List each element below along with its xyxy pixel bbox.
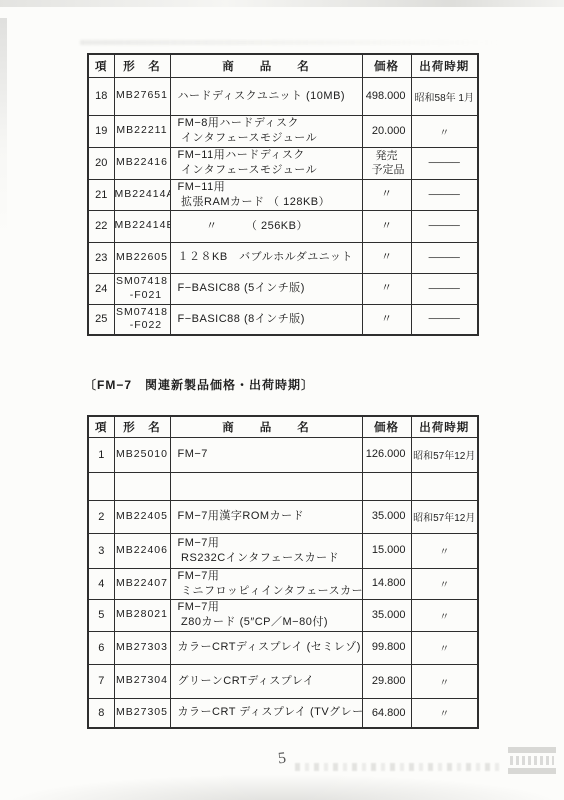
model-number: MB27651	[114, 77, 170, 115]
ship-date: 昭和57年12月	[411, 437, 478, 472]
item-number: 4	[88, 568, 114, 599]
price: 29.800	[362, 664, 411, 698]
product-name: FM−11用ハードディスク インタフェースモジュール	[170, 147, 362, 179]
product-name: FM−7用 Z80カード (5″CP／M−80付)	[170, 599, 362, 631]
item-number: 5	[88, 599, 114, 631]
header-price: 価格	[362, 54, 411, 77]
price: 発売 予定品	[362, 147, 411, 179]
product-name: FM−8用ハードディスク インタフェースモジュール	[170, 115, 362, 147]
document-page: 項 形 名 商 品 名 価格 出荷時期 18 MB27651 ハードディスクユニ…	[0, 0, 564, 800]
price: 15.000	[362, 533, 411, 568]
product-name: F−BASIC88 (5インチ版)	[170, 273, 362, 304]
item-number: 21	[88, 179, 114, 210]
price-table-fm7: 項 形 名 商 品 名 価格 出荷時期 1 MB25010 FM−7 126.0…	[87, 415, 479, 729]
price-table-fm8-fm11: 項 形 名 商 品 名 価格 出荷時期 18 MB27651 ハードディスクユニ…	[87, 53, 479, 336]
ship-date: 〃	[411, 115, 478, 147]
table-row: 21 MB22414A FM−11用 拡張RAMカード （ 128KB） 〃 ─…	[88, 179, 478, 210]
price: 〃	[362, 273, 411, 304]
product-name: FM−7用 RS232Cインタフェースカード	[170, 533, 362, 568]
item-number: 2	[88, 500, 114, 533]
table-row: 2 MB22405 FM−7用漢字ROMカード 35.000 昭和57年12月	[88, 500, 478, 533]
price: 498.000	[362, 77, 411, 115]
ship-date: 〃	[411, 568, 478, 599]
product-name: １２８KB バブルホルダユニット	[170, 242, 362, 273]
model-number: SM07418 -F021	[114, 273, 170, 304]
scan-streak-top	[0, 0, 564, 7]
stamp-mark	[508, 747, 556, 774]
product-name: FM−7	[170, 437, 362, 472]
item-number: 24	[88, 273, 114, 304]
model-number: MB28021	[114, 599, 170, 631]
table-row	[88, 472, 478, 500]
item-number: 1	[88, 437, 114, 472]
item-number: 18	[88, 77, 114, 115]
header-product: 商 品 名	[170, 54, 362, 77]
model-number: MB22407	[114, 568, 170, 599]
item-number: 19	[88, 115, 114, 147]
header-model: 形 名	[114, 416, 170, 437]
scan-streak-mid	[80, 40, 500, 45]
item-number: 23	[88, 242, 114, 273]
model-number: MB27305	[114, 698, 170, 728]
product-name: カラーCRTディスプレイ (セミレゾ)	[170, 631, 362, 664]
product-name: F−BASIC88 (8インチ版)	[170, 304, 362, 335]
model-number: MB22405	[114, 500, 170, 533]
model-number: MB22406	[114, 533, 170, 568]
item-number: 3	[88, 533, 114, 568]
ship-date: 昭和57年12月	[411, 500, 478, 533]
header-product: 商 品 名	[170, 416, 362, 437]
table-row: 19 MB22211 FM−8用ハードディスク インタフェースモジュール 20.…	[88, 115, 478, 147]
item-number: 20	[88, 147, 114, 179]
header-model: 形 名	[114, 54, 170, 77]
item-number: 7	[88, 664, 114, 698]
table-header-row: 項 形 名 商 品 名 価格 出荷時期	[88, 54, 478, 77]
table-row: 23 MB22605 １２８KB バブルホルダユニット 〃 ────	[88, 242, 478, 273]
ship-date: 〃	[411, 664, 478, 698]
ship-date: 昭和58年 1月	[411, 77, 478, 115]
page-number: 5	[277, 750, 287, 769]
ship-date: 〃	[411, 599, 478, 631]
header-item: 項	[88, 54, 114, 77]
model-number: MB22414A	[114, 179, 170, 210]
ship-date: 〃	[411, 631, 478, 664]
ghost-text-bleedthrough	[295, 763, 500, 771]
price: 〃	[362, 242, 411, 273]
table-row: 4 MB22407 FM−7用 ミニフロッピィインタフェースカード 14.800…	[88, 568, 478, 599]
product-name: 〃 （ 256KB）	[170, 210, 362, 242]
table-row: 6 MB27303 カラーCRTディスプレイ (セミレゾ) 99.800 〃	[88, 631, 478, 664]
header-ship-date: 出荷時期	[411, 54, 478, 77]
item-number: 25	[88, 304, 114, 335]
section-title: 〔FM−7 関連新製品価格・出荷時期〕	[84, 376, 314, 393]
ship-date: ────	[411, 147, 478, 179]
price: 35.000	[362, 500, 411, 533]
table-row: 24 SM07418 -F021 F−BASIC88 (5インチ版) 〃 ───…	[88, 273, 478, 304]
ship-date	[411, 472, 478, 500]
product-name: FM−11用 拡張RAMカード （ 128KB）	[170, 179, 362, 210]
table-row: 25 SM07418 -F022 F−BASIC88 (8インチ版) 〃 ───…	[88, 304, 478, 335]
table-row: 1 MB25010 FM−7 126.000 昭和57年12月	[88, 437, 478, 472]
price: 64.800	[362, 698, 411, 728]
ship-date: ────	[411, 273, 478, 304]
price	[362, 472, 411, 500]
header-item: 項	[88, 416, 114, 437]
price: 35.000	[362, 599, 411, 631]
product-name: FM−7用 ミニフロッピィインタフェースカード	[170, 568, 362, 599]
item-number	[88, 472, 114, 500]
item-number: 22	[88, 210, 114, 242]
price: 〃	[362, 210, 411, 242]
item-number: 6	[88, 631, 114, 664]
ship-date: ────	[411, 304, 478, 335]
table-row: 20 MB22416 FM−11用ハードディスク インタフェースモジュール 発売…	[88, 147, 478, 179]
scan-smudge-left	[0, 18, 7, 238]
model-number: MB22414B	[114, 210, 170, 242]
ship-date: ────	[411, 210, 478, 242]
model-number: MB22605	[114, 242, 170, 273]
model-number	[114, 472, 170, 500]
product-name: ハードディスクユニット (10MB)	[170, 77, 362, 115]
price: 14.800	[362, 568, 411, 599]
ship-date: 〃	[411, 698, 478, 728]
table-row: 7 MB27304 グリーンCRTディスプレイ 29.800 〃	[88, 664, 478, 698]
model-number: MB27304	[114, 664, 170, 698]
product-name: グリーンCRTディスプレイ	[170, 664, 362, 698]
price: 20.000	[362, 115, 411, 147]
model-number: MB27303	[114, 631, 170, 664]
price: 〃	[362, 304, 411, 335]
price: 〃	[362, 179, 411, 210]
ship-date: 〃	[411, 533, 478, 568]
product-name: カラーCRT ディスプレイ (TVグレード)	[170, 698, 362, 728]
product-name	[170, 472, 362, 500]
price: 126.000	[362, 437, 411, 472]
price: 99.800	[362, 631, 411, 664]
model-number: MB25010	[114, 437, 170, 472]
table-row: 22 MB22414B 〃 （ 256KB） 〃 ────	[88, 210, 478, 242]
header-ship-date: 出荷時期	[411, 416, 478, 437]
ship-date: ────	[411, 179, 478, 210]
model-number: MB22416	[114, 147, 170, 179]
ship-date: ────	[411, 242, 478, 273]
header-price: 価格	[362, 416, 411, 437]
item-number: 8	[88, 698, 114, 728]
table-header-row: 項 形 名 商 品 名 価格 出荷時期	[88, 416, 478, 437]
table-row: 18 MB27651 ハードディスクユニット (10MB) 498.000 昭和…	[88, 77, 478, 115]
table-row: 3 MB22406 FM−7用 RS232Cインタフェースカード 15.000 …	[88, 533, 478, 568]
model-number: SM07418 -F022	[114, 304, 170, 335]
table-row: 5 MB28021 FM−7用 Z80カード (5″CP／M−80付) 35.0…	[88, 599, 478, 631]
model-number: MB22211	[114, 115, 170, 147]
table-row: 8 MB27305 カラーCRT ディスプレイ (TVグレード) 64.800 …	[88, 698, 478, 728]
scan-shadow-bottom	[0, 774, 564, 800]
product-name: FM−7用漢字ROMカード	[170, 500, 362, 533]
